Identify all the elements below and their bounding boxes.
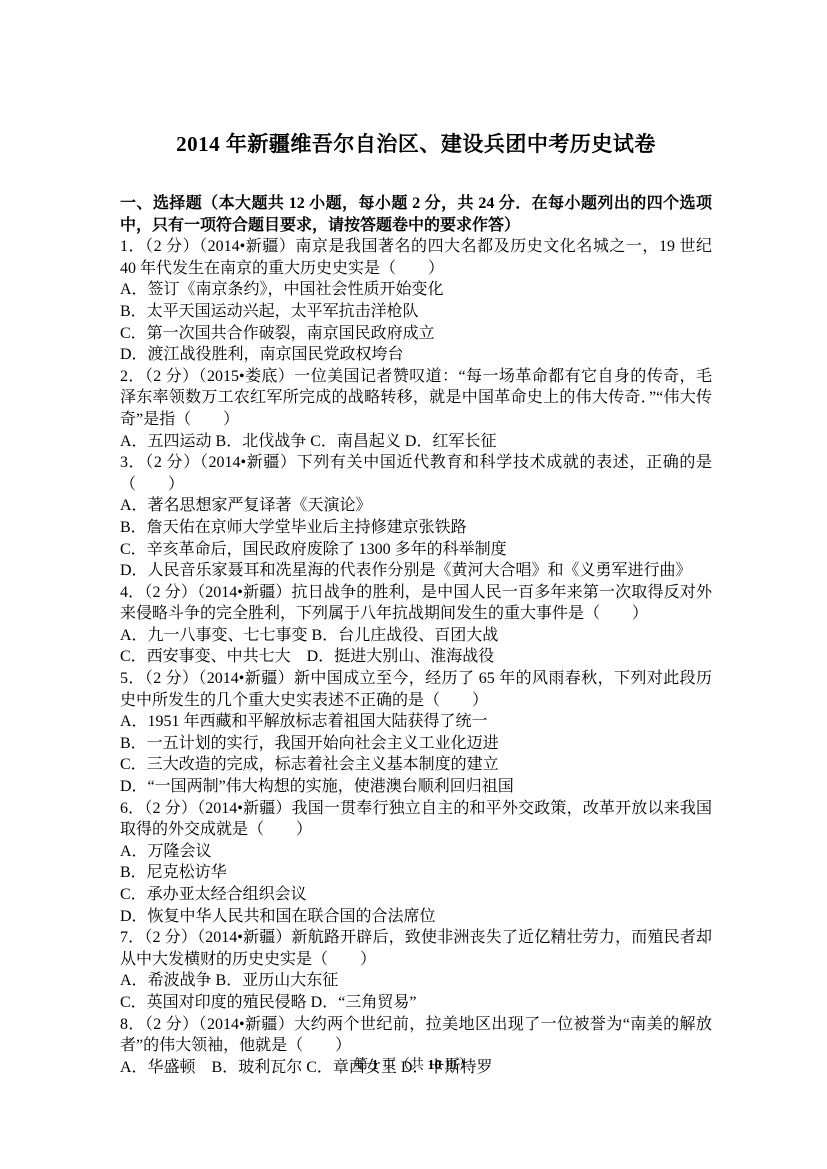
option-line: C．辛亥革命后，国民政府废除了 1300 多年的科举制度: [120, 539, 712, 561]
page-title: 2014 年新疆维吾尔自治区、建设兵团中考历史试卷: [120, 130, 712, 158]
footer-suffix: 页）: [442, 1058, 474, 1073]
option-line: C．西安事变、中共七大 D．挺进大别山、淮海战役: [120, 646, 712, 668]
question-stem: 8．（2 分）（2014•新疆）大约两个世纪前，拉美地区出现了一位被誉为“南美的…: [120, 1014, 712, 1057]
question-stem: 3．（2 分）（2014•新疆）下列有关中国近代教育和科学技术成就的表述，正确的…: [120, 452, 712, 495]
page-footer: 第 1 页（共 10 页）: [0, 1056, 827, 1076]
question-stem: 5．（2 分）（2014•新疆）新中国成立至今，经历了 65 年的风雨春秋，下列…: [120, 668, 712, 711]
option-line: B．一五计划的实行，我国开始向社会主义工业化迈进: [120, 733, 712, 755]
footer-page-number: 1: [372, 1058, 379, 1073]
question-stem: 6．（2 分）（2014•新疆）我国一贯奉行独立自主的和平外交政策，改革开放以来…: [120, 798, 712, 841]
question: 4．（2 分）（2014•新疆）抗日战争的胜利，是中国人民一百多年来第一次取得反…: [120, 582, 712, 668]
option-line: A．万隆会议: [120, 841, 712, 863]
option-line: D．恢复中华人民共和国在联合国的合法席位: [120, 906, 712, 928]
footer-prefix: 第: [354, 1058, 372, 1073]
option-line: B．尼克松访华: [120, 862, 712, 884]
question: 7．（2 分）（2014•新疆）新航路开辟后，致使非洲丧失了近亿精壮劳力，而殖民…: [120, 927, 712, 1013]
option-line: A．九一八事变、七七事变 B．台儿庄战役、百团大战: [120, 625, 712, 647]
option-line: D．“一国两制”伟大构想的实施，使港澳台顺利回归祖国: [120, 776, 712, 798]
option-line: A．著名思想家严复译著《天演论》: [120, 495, 712, 517]
option-line: D．人民音乐家聂耳和冼星海的代表作分别是《黄河大合唱》和《义勇军进行曲》: [120, 560, 712, 582]
page-content: 2014 年新疆维吾尔自治区、建设兵团中考历史试卷 一、选择题（本大题共 12 …: [120, 130, 712, 1078]
option-line: A．五四运动 B．北伐战争 C．南昌起义 D．红军长征: [120, 431, 712, 453]
option-line: C．英国对印度的殖民侵略 D．“三角贸易”: [120, 992, 712, 1014]
option-line: B．太平天国运动兴起，太平军抗击洋枪队: [120, 301, 712, 323]
footer-total-pages: 10: [428, 1058, 442, 1073]
option-line: C．承办亚太经合组织会议: [120, 884, 712, 906]
question: 3．（2 分）（2014•新疆）下列有关中国近代教育和科学技术成就的表述，正确的…: [120, 452, 712, 582]
question-stem: 1．（2 分）（2014•新疆）南京是我国著名的四大名都及历史文化名城之一，19…: [120, 236, 712, 279]
option-line: A．1951 年西藏和平解放标志着祖国大陆获得了统一: [120, 711, 712, 733]
option-line: C．三大改造的完成，标志着社会主义基本制度的建立: [120, 754, 712, 776]
question: 1．（2 分）（2014•新疆）南京是我国著名的四大名都及历史文化名城之一，19…: [120, 236, 712, 366]
questions-list: 1．（2 分）（2014•新疆）南京是我国著名的四大名都及历史文化名城之一，19…: [120, 236, 712, 1078]
question: 5．（2 分）（2014•新疆）新中国成立至今，经历了 65 年的风雨春秋，下列…: [120, 668, 712, 798]
section-header: 一、选择题（本大题共 12 小题，每小题 2 分，共 24 分．在每小题列出的四…: [120, 193, 712, 236]
option-line: A．希波战争 B．亚历山大东征: [120, 970, 712, 992]
question: 2．（2 分）（2015•娄底）一位美国记者赞叹道：“每一场革命都有它自身的传奇…: [120, 366, 712, 452]
option-line: D．渡江战役胜利，南京国民党政权垮台: [120, 344, 712, 366]
question-stem: 4．（2 分）（2014•新疆）抗日战争的胜利，是中国人民一百多年来第一次取得反…: [120, 582, 712, 625]
footer-middle: 页（共: [379, 1058, 428, 1073]
question-stem: 2．（2 分）（2015•娄底）一位美国记者赞叹道：“每一场革命都有它自身的传奇…: [120, 366, 712, 431]
exam-page: 2014 年新疆维吾尔自治区、建设兵团中考历史试卷 一、选择题（本大题共 12 …: [0, 0, 827, 1169]
option-line: A．签订《南京条约》，中国社会性质开始变化: [120, 279, 712, 301]
question-stem: 7．（2 分）（2014•新疆）新航路开辟后，致使非洲丧失了近亿精壮劳力，而殖民…: [120, 927, 712, 970]
question: 6．（2 分）（2014•新疆）我国一贯奉行独立自主的和平外交政策，改革开放以来…: [120, 798, 712, 928]
option-line: B．詹天佑在京师大学堂毕业后主持修建京张铁路: [120, 517, 712, 539]
option-line: C．第一次国共合作破裂，南京国民政府成立: [120, 323, 712, 345]
